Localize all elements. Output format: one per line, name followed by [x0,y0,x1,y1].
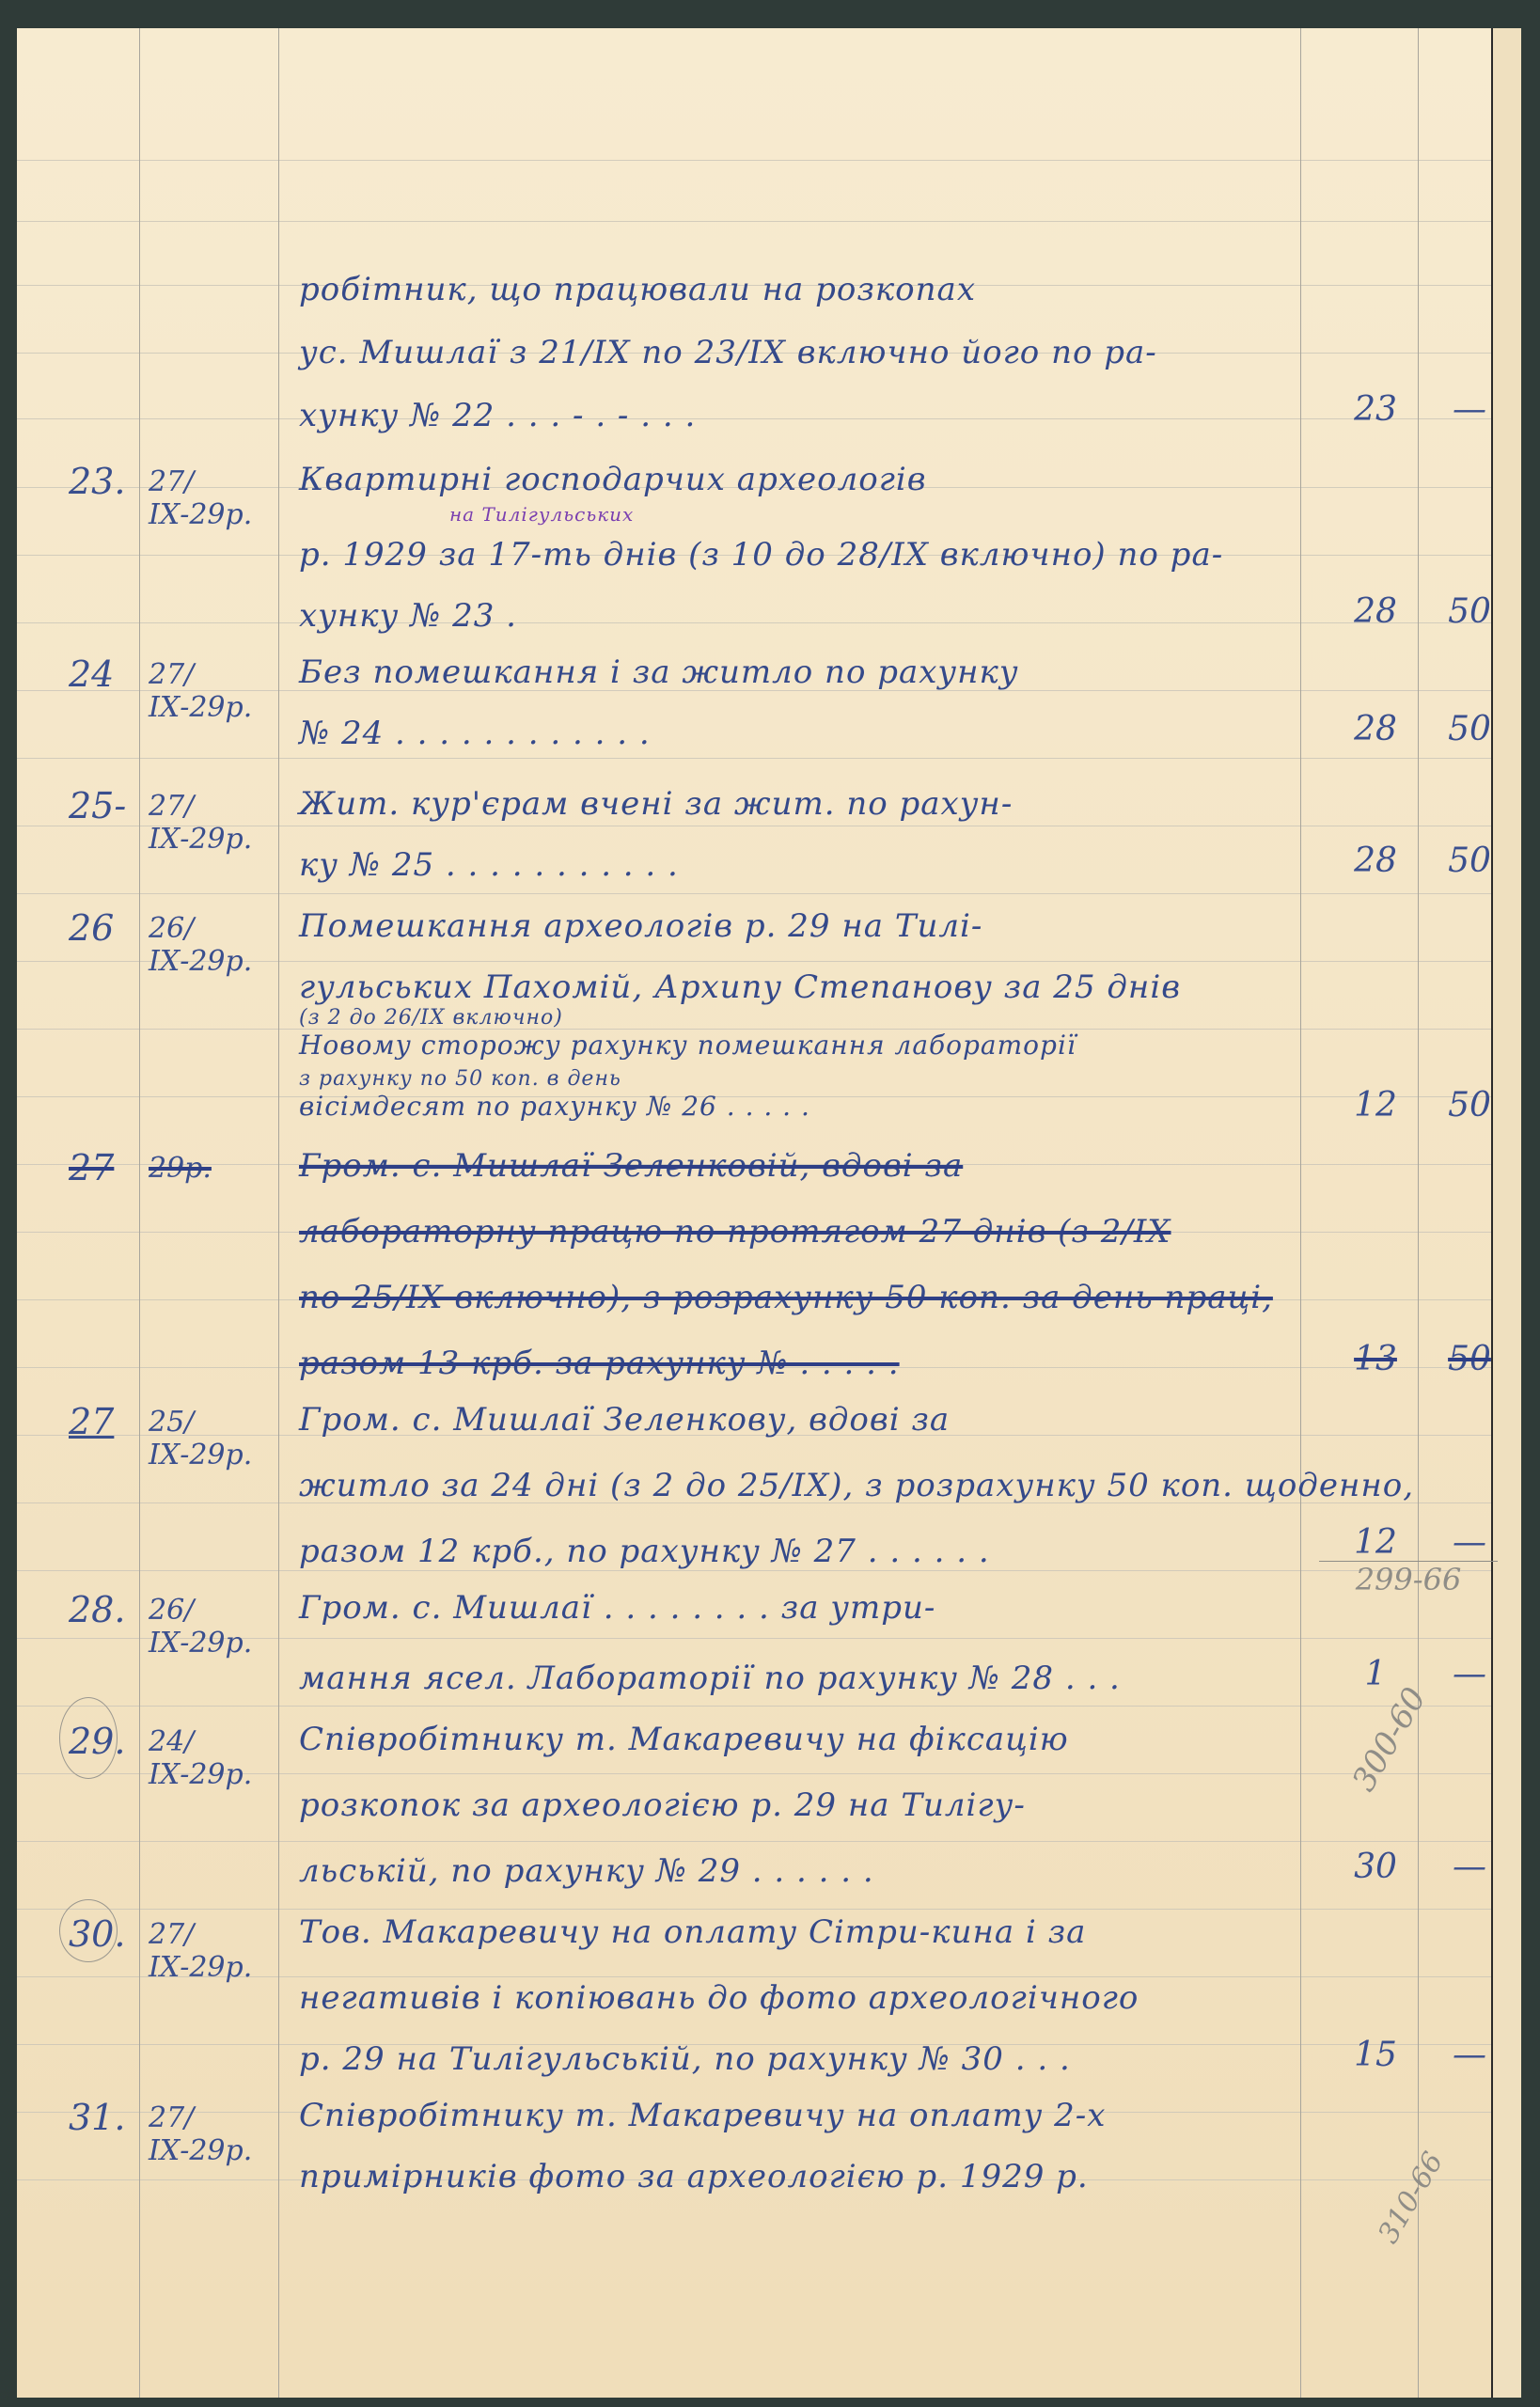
column-rule-date [278,28,279,2398]
amount-krb: 28 [1338,710,1413,748]
entry-date-struck: 29р. [149,1152,290,1185]
entry-line: Гром. с. Мишлаї . . . . . . . . за утри- [299,1589,1314,1627]
entry-line: робітник, що працювали на розкопах [299,271,1314,308]
amount-krb-struck: 13 [1338,1340,1413,1378]
entry-line: мання ясел. Лабораторії по рахунку № 28 … [299,1660,1314,1697]
entry-line: Помешкання археологів р. 29 на Тилі- [299,907,1314,945]
column-rule-number [139,28,140,2398]
entry-number: 24 [69,653,144,695]
rule-line [17,1706,1521,1707]
amount-kop-struck: 50 [1437,1340,1502,1378]
entry-line: льській, по рахунку № 29 . . . . . . [299,1852,1314,1890]
entry-line: житло за 24 дні (з 2 до 25/ІХ), з розрах… [299,1467,1314,1504]
entry-date: 26/ІХ-29р. [149,912,290,978]
rule-line [17,1570,1521,1571]
amount-krb: 28 [1338,842,1413,880]
amount-kop: 50 [1437,592,1502,631]
pencil-subtotal: 299-66 [1319,1561,1498,1597]
entry-line: (з 2 до 26/ІХ включно) [299,1006,1314,1030]
amount-krb: 15 [1338,2036,1413,2074]
entry-number: 28. [69,1589,144,1630]
amount-kop: 50 [1437,710,1502,748]
insertion-note: на Тилігульських [449,503,1465,526]
entry-line: Співробітнику т. Макаревичу на фіксацію [299,1721,1314,1758]
entry-line: з рахунку по 50 коп. в день [299,1067,1314,1091]
entry-line: Співробітнику т. Макаревичу на оплату 2-… [299,2097,1314,2134]
amount-kop: — [1437,390,1502,429]
entry-line-struck: лабораторну працю по протягом 27 днів (з… [299,1213,1314,1251]
entry-date: 24/ІХ-29р. [149,1725,290,1791]
column-rule-kop [1418,28,1419,2398]
entry-line: Без помешкання і за житло по рахунку [299,653,1314,691]
pencil-diagonal-note: 300-60 [1345,1681,1434,1798]
entry-date: 27/ІХ-29р. [149,658,290,724]
amount-krb: 30 [1338,1848,1413,1886]
amount-kop: 50 [1437,842,1502,880]
entry-line: Жит. кур'єрам вчені за жит. по рахун- [299,785,1314,823]
entry-line: ус. Мишлаї з 21/ІХ по 23/ІХ включно його… [299,334,1314,371]
entry-line: Тов. Макаревичу на оплату Сітри-кина і з… [299,1913,1314,1951]
entry-line-struck: Гром. с. Мишлаї Зеленковій, вдові за [299,1147,1314,1185]
entry-line: р. 29 на Тилігульській, по рахунку № 30 … [299,2040,1314,2078]
entry-number: 25- [69,785,144,826]
entry-line: вісімдесят по рахунку № 26 . . . . . [299,1091,1314,1122]
entry-line: хунку № 22 . . . - . - . . . [299,397,1314,434]
rule-line [17,160,1521,161]
entry-line: примірників фото за археологією р. 1929 … [299,2158,1314,2195]
rule-line [17,1841,1521,1842]
entry-number: 26 [69,907,144,949]
amount-krb: 12 [1338,1523,1413,1562]
amount-krb: 23 [1338,390,1413,429]
entry-number: 30. [69,1913,144,1955]
entry-number: 29. [69,1721,144,1762]
amount-kop: — [1437,2036,1502,2074]
entry-line: Гром. с. Мишлаї Зеленкову, вдові за [299,1401,1314,1439]
entry-date: 26/ІХ-29р. [149,1594,290,1660]
entry-line: № 24 . . . . . . . . . . . . [299,715,1314,752]
entry-line: гульських Пахомій, Архипу Степанову за 2… [299,968,1314,1006]
entry-line-struck: разом 13 крб. за рахунку № . . . . . [299,1345,1314,1382]
ledger-page: робітник, що працювали на розкопах ус. М… [17,28,1521,2398]
entry-line: негативів і копіювань до фото археологіч… [299,1979,1314,2017]
entry-date: 27/ІХ-29р. [149,790,290,856]
entry-number: 31. [69,2097,144,2138]
entry-number-struck: 27 [69,1147,144,1188]
rule-line [17,221,1521,222]
entry-line-struck: по 25/ІХ включно), з розрахунку 50 коп. … [299,1279,1314,1316]
amount-kop: 50 [1437,1086,1502,1125]
amount-kop: — [1437,1523,1502,1562]
pencil-bottom-note: 310-66 [1372,2147,1450,2249]
entry-number: 23. [69,461,144,502]
rule-line [17,893,1521,894]
entry-line: хунку № 23 . [299,597,1314,635]
entry-date: 27/ІХ-29р. [149,2101,290,2167]
entry-date: 27/ІХ-29р. [149,1918,290,1984]
amount-krb: 12 [1338,1086,1413,1125]
entry-line: ку № 25 . . . . . . . . . . . [299,846,1314,884]
entry-line: Квартирні господарчих археологів [299,461,1314,498]
rule-line [17,1909,1521,1910]
entry-number: 27 [69,1401,144,1442]
entry-line: разом 12 крб., по рахунку № 27 . . . . .… [299,1533,1314,1570]
entry-line: р. 1929 за 17-ть днів (з 10 до 28/ІХ вкл… [299,536,1314,574]
entry-line: розкопок за археологією р. 29 на Тилігу- [299,1786,1314,1824]
amount-krb: 28 [1338,592,1413,631]
rule-line [17,758,1521,759]
entry-date: 25/ІХ-29р. [149,1406,290,1471]
amount-kop: — [1437,1848,1502,1886]
amount-kop: — [1437,1655,1502,1693]
entry-date: 27/ІХ-29р. [149,465,290,531]
entry-line: Новому сторожу рахунку помешкання лабора… [299,1030,1314,1061]
